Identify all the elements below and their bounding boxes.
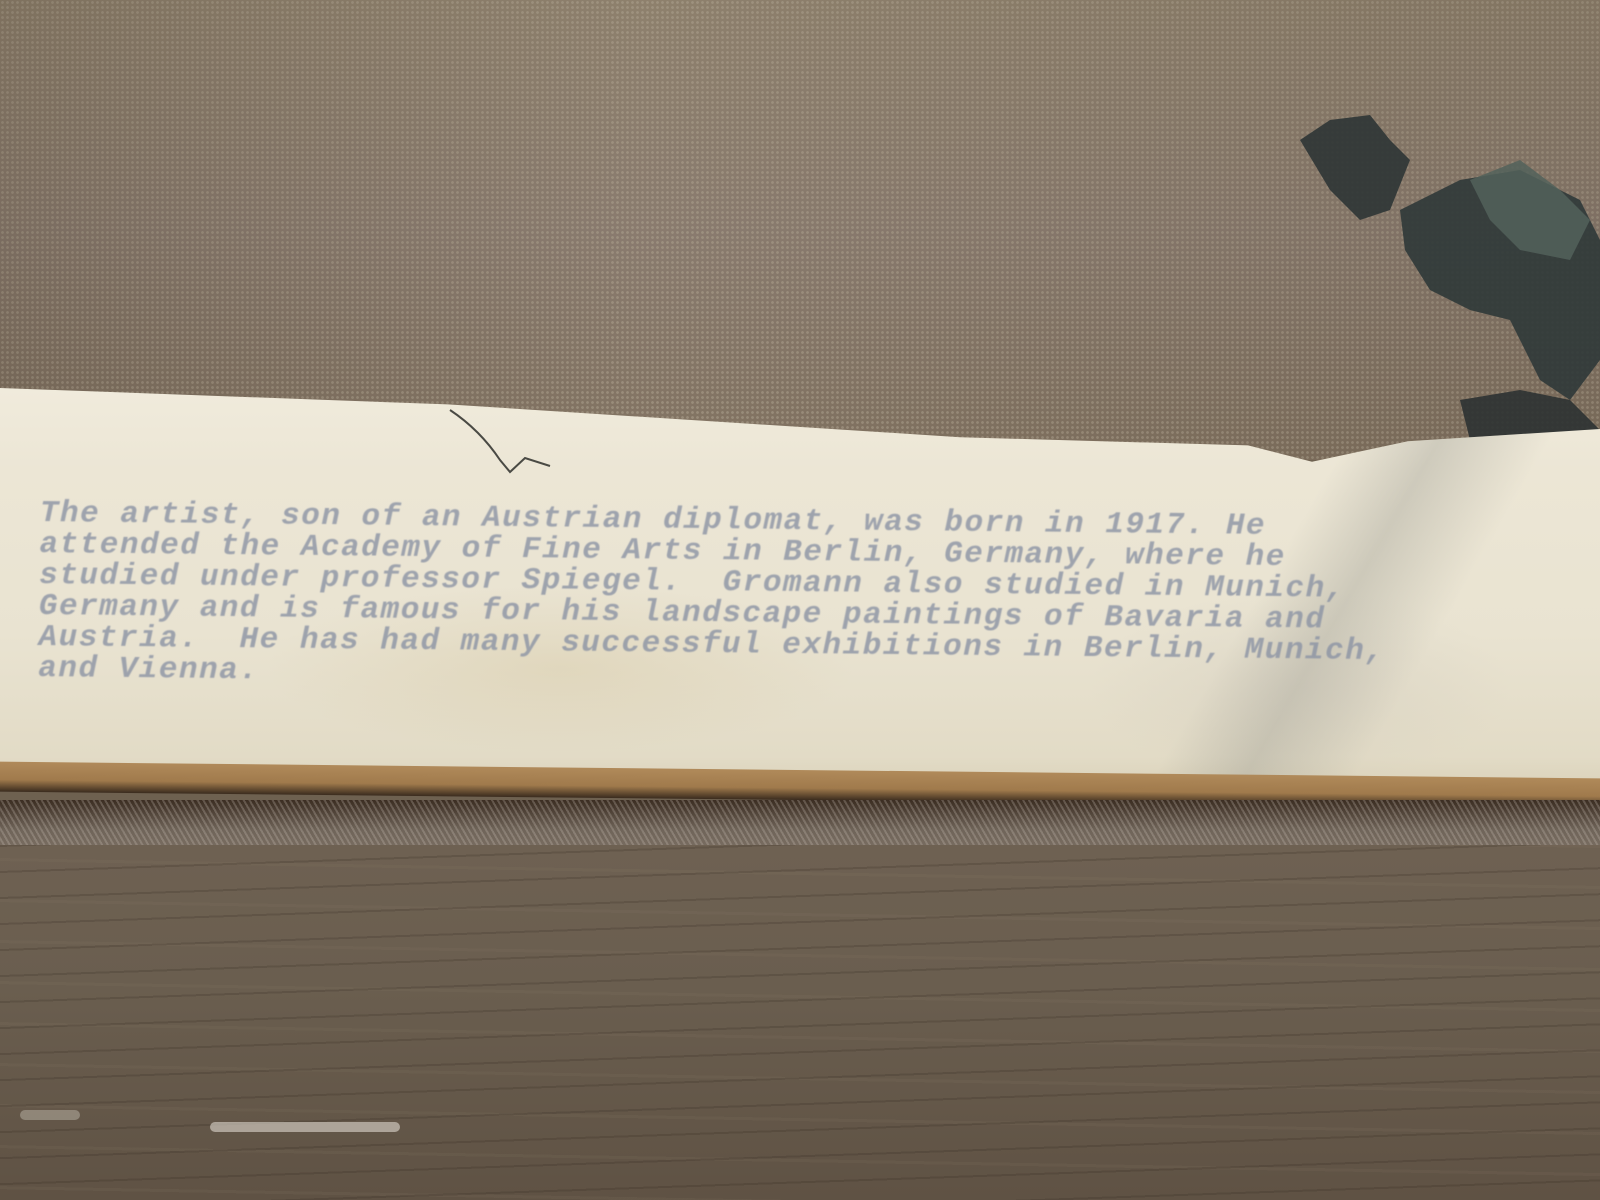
woven-trim-border (0, 800, 1600, 850)
wooden-surface (0, 845, 1600, 1200)
wood-scratch (20, 1110, 80, 1120)
wood-scratch (210, 1122, 400, 1132)
embroidered-foliage-motif (1290, 100, 1600, 470)
paper-crease-mark (430, 400, 570, 480)
artist-biography-text: The artist, son of an Austrian diplomat,… (38, 498, 1540, 700)
